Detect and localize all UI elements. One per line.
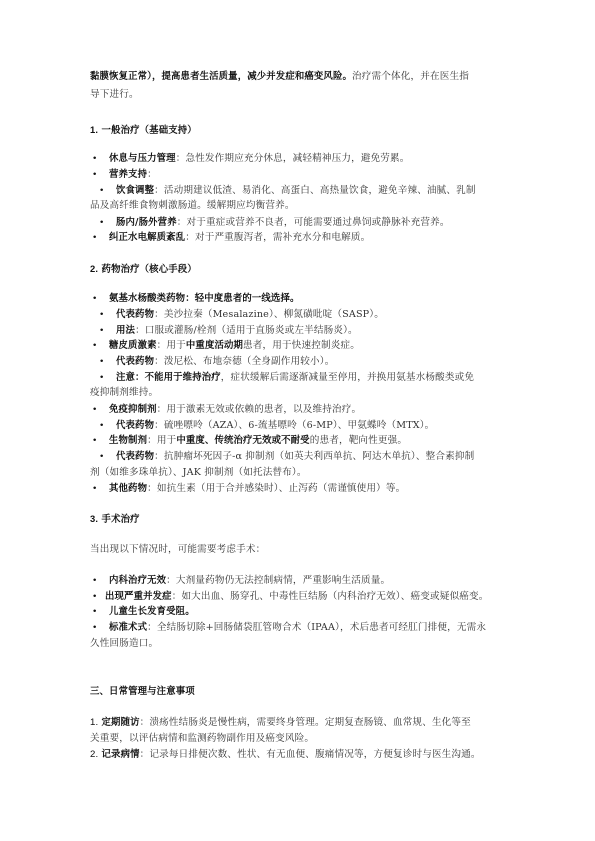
item-label: 其他药物 [109,483,147,494]
section-3-intro: 当出现以下情况时，可能需要考虑手术： [90,543,265,556]
bullet-icon: • [100,324,116,337]
item-text: 抗肿瘤坏死因子-α 抑制剂（如英夫利西单抗、阿达木单抗）、整合素抑制 [164,451,474,462]
item-sep: ： [172,591,182,602]
item-label: 出现严重并发症 [105,591,172,602]
item-sep: ： [154,420,164,431]
list-item: •标准术式：全结肠切除+回肠储袋肛管吻合术（IPAA），术后患者可经肛门排便，无… [93,621,486,634]
list-item: •氨基水杨酸类药物：轻中度患者的一线选择。 [93,292,300,305]
list-item-nested: •代表药物：美沙拉秦（Mesalazine）、柳氮磺吡啶（SASP）。 [100,308,384,321]
list-item: •休息与压力管理：急性发作期应充分休息，减轻精神压力，避免劳累。 [93,152,410,165]
numbered-item: 1. 定期随访：溃疡性结肠炎是慢性病，需要终身管理。定期复查肠镜、血常规、生化等… [90,716,471,729]
section-title: 手术治疗 [102,514,140,525]
item-text: 症状缓解后需逐渐减量至停用，并换用氨基水杨酸类或免 [231,372,475,383]
list-item-continuation: 关重要，以评估病情和监测药物副作用及癌变风险。 [90,732,314,745]
bullet-icon: • [93,621,109,634]
section-3-heading: 3. 手术治疗 [90,512,140,526]
item-sep: ： [157,404,167,415]
item-pre: 用于 [157,435,177,446]
item-label: 儿童生长发育受阻。 [109,606,195,617]
bullet-icon: • [100,184,116,197]
item-text: 如抗生素（用于合并感染时）、止泻药（需谨慎使用）等。 [157,483,406,494]
bullet-icon: • [100,371,116,384]
bullet-icon: • [100,450,116,463]
item-sep: ： [147,483,157,494]
item-label: 定期随访 [102,717,140,728]
list-item: •营养支持： [93,168,157,181]
bullet-icon: • [93,231,109,244]
item-sep: ： [154,309,164,320]
bullet-icon: • [93,168,109,181]
list-item: •纠正水电解质紊乱：对于严重腹泻者，需补充水分和电解质。 [93,231,370,244]
list-item-nested: •代表药物：抗肿瘤坏死因子-α 抑制剂（如英夫利西单抗、阿达木单抗）、整合素抑制 [100,450,474,463]
item-sep: ： [154,185,164,196]
list-item: •其他药物：如抗生素（用于合并感染时）、止泻药（需谨慎使用）等。 [93,482,405,495]
item-text: 美沙拉秦（Mesalazine）、柳氮磺吡啶（SASP）。 [164,309,384,320]
item-label: 糖皮质激素 [109,340,157,351]
item-text: 硫唑嘌呤（AZA）、6-巯基嘌呤（6-MP）、甲氨蝶呤（MTX）。 [164,420,435,431]
item-sep: ： [135,325,145,336]
item-label: 饮食调整 [116,185,154,196]
item-label: 氨基水杨酸类药物：轻中度患者的一线选择。 [109,293,300,304]
section-title: 一般治疗（基础支持） [102,125,197,136]
item-sep: ： [140,749,150,760]
item-label: 用法 [116,325,135,336]
item-sep: ： [147,622,157,633]
item-label: 休息与压力管理 [109,153,176,164]
item-text: 对于严重腹泻者，需补充水分和电解质。 [195,232,370,243]
list-item: •内科治疗无效：大剂量药物仍无法控制病情，严重影响生活质量。 [93,574,390,587]
bullet-icon: • [93,292,109,305]
item-text: 的患者，靶向性更强。 [310,435,407,446]
intro-line-2: 导下进行。 [90,88,139,101]
item-label: 生物制剂 [109,435,147,446]
list-item: •免疫抑制剂：用于激素无效或依赖的患者，以及维持治疗。 [93,403,361,416]
document-page: 黏膜恢复正常），提高患者生活质量，减少并发症和癌变风险。治疗需个体化，并在医生指… [0,0,595,841]
item-label: 代表药物 [116,420,154,431]
list-item: •儿童生长发育受阻。 [93,605,195,618]
list-item: •出现严重并发症：如大出血、肠穿孔、中毒性巨结肠（内科治疗无效）、癌变或疑似癌变… [93,590,488,603]
item-label: 肠内/肠外营养 [116,217,177,228]
bullet-icon: • [100,216,116,229]
item-sep: ： [154,451,164,462]
section-number: 1. [90,124,98,135]
item-sep: ： [176,153,186,164]
numbered-item: 2. 记录病情：记录每日排便次数、性状、有无血便、腹痛情况等，方便复诊时与医生沟… [90,748,481,761]
list-item-continuation: 疫抑制剂维持。 [90,386,158,399]
list-item-nested: •饮食调整：活动期建议低渣、易消化、高蛋白、高热量饮食，避免辛辣、油腻、乳制 [100,184,476,197]
item-sep: ： [154,356,164,367]
item-number: 2. [90,749,98,760]
item-text: 如大出血、肠穿孔、中毒性巨结肠（内科治疗无效）、癌变或疑似癌变。 [181,591,488,602]
item-text: 对于重症或营养不良者，可能需要通过鼻饲或静脉补充营养。 [186,217,449,228]
item-sep: ， [221,372,231,383]
item-label: 代表药物 [116,309,154,320]
bullet-icon: • [100,355,116,368]
section-title: 药物治疗（核心手段） [102,264,197,275]
list-item-nested: •肠内/肠外营养：对于重症或营养不良者，可能需要通过鼻饲或静脉补充营养。 [100,216,450,229]
list-item: •生物制剂：用于中重度、传统治疗无效或不耐受的患者，靶向性更强。 [93,434,407,447]
bullet-icon: • [93,403,109,416]
bullet-icon: • [93,434,109,447]
list-item-nested: •用法：口服或灌肠/栓剂（适用于直肠炎或左半结肠炎）。 [100,324,358,337]
item-emphasis: 中重度、传统治疗无效或不耐受 [176,435,309,446]
item-text: 口服或灌肠/栓剂（适用于直肠炎或左半结肠炎）。 [145,325,358,336]
item-sep: ： [185,232,195,243]
section-number: 3. [90,513,98,524]
item-label: 标准术式 [109,622,147,633]
item-text: 记录每日排便次数、性状、有无血便、腹痛情况等，方便复诊时与医生沟通。 [149,749,480,760]
list-item-continuation: 品及高纤维食物刺激肠道。缓解期应均衡营养。 [90,199,295,212]
list-item-continuation: 剂（如维多珠单抗）、JAK 抑制剂（如托法替布）。 [90,466,307,479]
item-label: 代表药物 [116,451,154,462]
bullet-icon: • [93,574,109,587]
part-3-heading: 三、日常管理与注意事项 [90,685,195,698]
item-text: 急性发作期应充分休息，减轻精神压力，避免劳累。 [185,153,409,164]
intro-normal-text: 治疗需个体化，并在医生指 [352,71,469,82]
bullet-icon: • [93,605,109,618]
list-item-nested: •代表药物：硫唑嘌呤（AZA）、6-巯基嘌呤（6-MP）、甲氨蝶呤（MTX）。 [100,419,434,432]
list-item-nested: •代表药物：泼尼松、布地奈德（全身副作用较小）。 [100,355,334,368]
bullet-icon: • [100,419,116,432]
item-number: 1. [90,717,98,728]
bullet-icon: • [93,590,105,603]
item-label: 记录病情 [102,749,140,760]
intro-bold-text: 黏膜恢复正常），提高患者生活质量，减少并发症和癌变风险。 [90,71,352,82]
item-pre: 用于 [166,340,186,351]
item-sep: ： [140,717,150,728]
item-sep: ： [157,340,167,351]
item-text: 大剂量药物仍无法控制病情，严重影响生活质量。 [176,575,390,586]
intro-line-1: 黏膜恢复正常），提高患者生活质量，减少并发症和癌变风险。治疗需个体化，并在医生指 [90,70,469,83]
item-label: 内科治疗无效 [109,575,166,586]
section-1-heading: 1. 一般治疗（基础支持） [90,123,197,137]
item-text: 溃疡性结肠炎是慢性病，需要终身管理。定期复查肠镜、血常规、生化等至 [149,717,471,728]
bullet-icon: • [93,482,109,495]
bullet-icon: • [93,339,109,352]
item-text: 泼尼松、布地奈德（全身副作用较小）。 [164,356,335,367]
item-label: 纠正水电解质紊乱 [109,232,185,243]
item-text: 用于激素无效或依赖的患者，以及维持治疗。 [166,404,361,415]
item-sep: ： [147,169,157,180]
item-emphasis: 中重度活动期 [186,340,243,351]
section-2-heading: 2. 药物治疗（核心手段） [90,262,197,276]
item-label: 代表药物 [116,356,154,367]
list-item-continuation: 久性回肠造口。 [90,637,158,650]
item-label: 免疫抑制剂 [109,404,157,415]
item-label: 营养支持 [109,169,147,180]
item-label: 注意：不能用于维持治疗 [116,372,221,383]
item-text: 患者，用于快速控制炎症。 [243,340,360,351]
bullet-icon: • [93,152,109,165]
item-sep: ： [166,575,176,586]
item-text: 全结肠切除+回肠储袋肛管吻合术（IPAA），术后患者可经肛门排便，无需永 [157,622,486,633]
list-item-nested: •注意：不能用于维持治疗，症状缓解后需逐渐减量至停用，并换用氨基水杨酸类或免 [100,371,474,384]
section-number: 2. [90,263,98,274]
item-text: 活动期建议低渣、易消化、高蛋白、高热量饮食，避免辛辣、油腻、乳制 [164,185,476,196]
list-item: •糖皮质激素：用于中重度活动期患者，用于快速控制炎症。 [93,339,360,352]
item-sep: ： [147,435,157,446]
bullet-icon: • [100,308,116,321]
